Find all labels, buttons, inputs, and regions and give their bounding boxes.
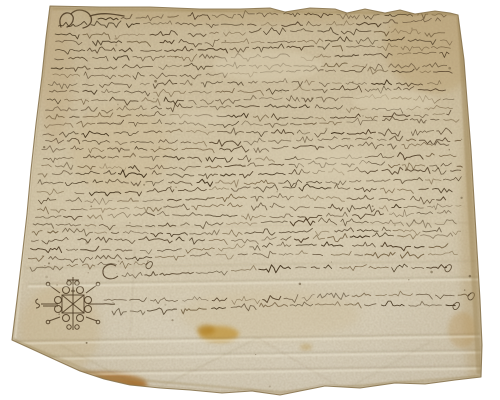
photo-canvas <box>0 0 500 400</box>
parchment-charter-photo <box>0 0 500 400</box>
stain <box>300 344 312 350</box>
script-word <box>446 305 455 306</box>
script-word <box>238 254 247 255</box>
stain <box>197 325 215 335</box>
stain <box>46 371 90 389</box>
stain <box>448 312 476 348</box>
